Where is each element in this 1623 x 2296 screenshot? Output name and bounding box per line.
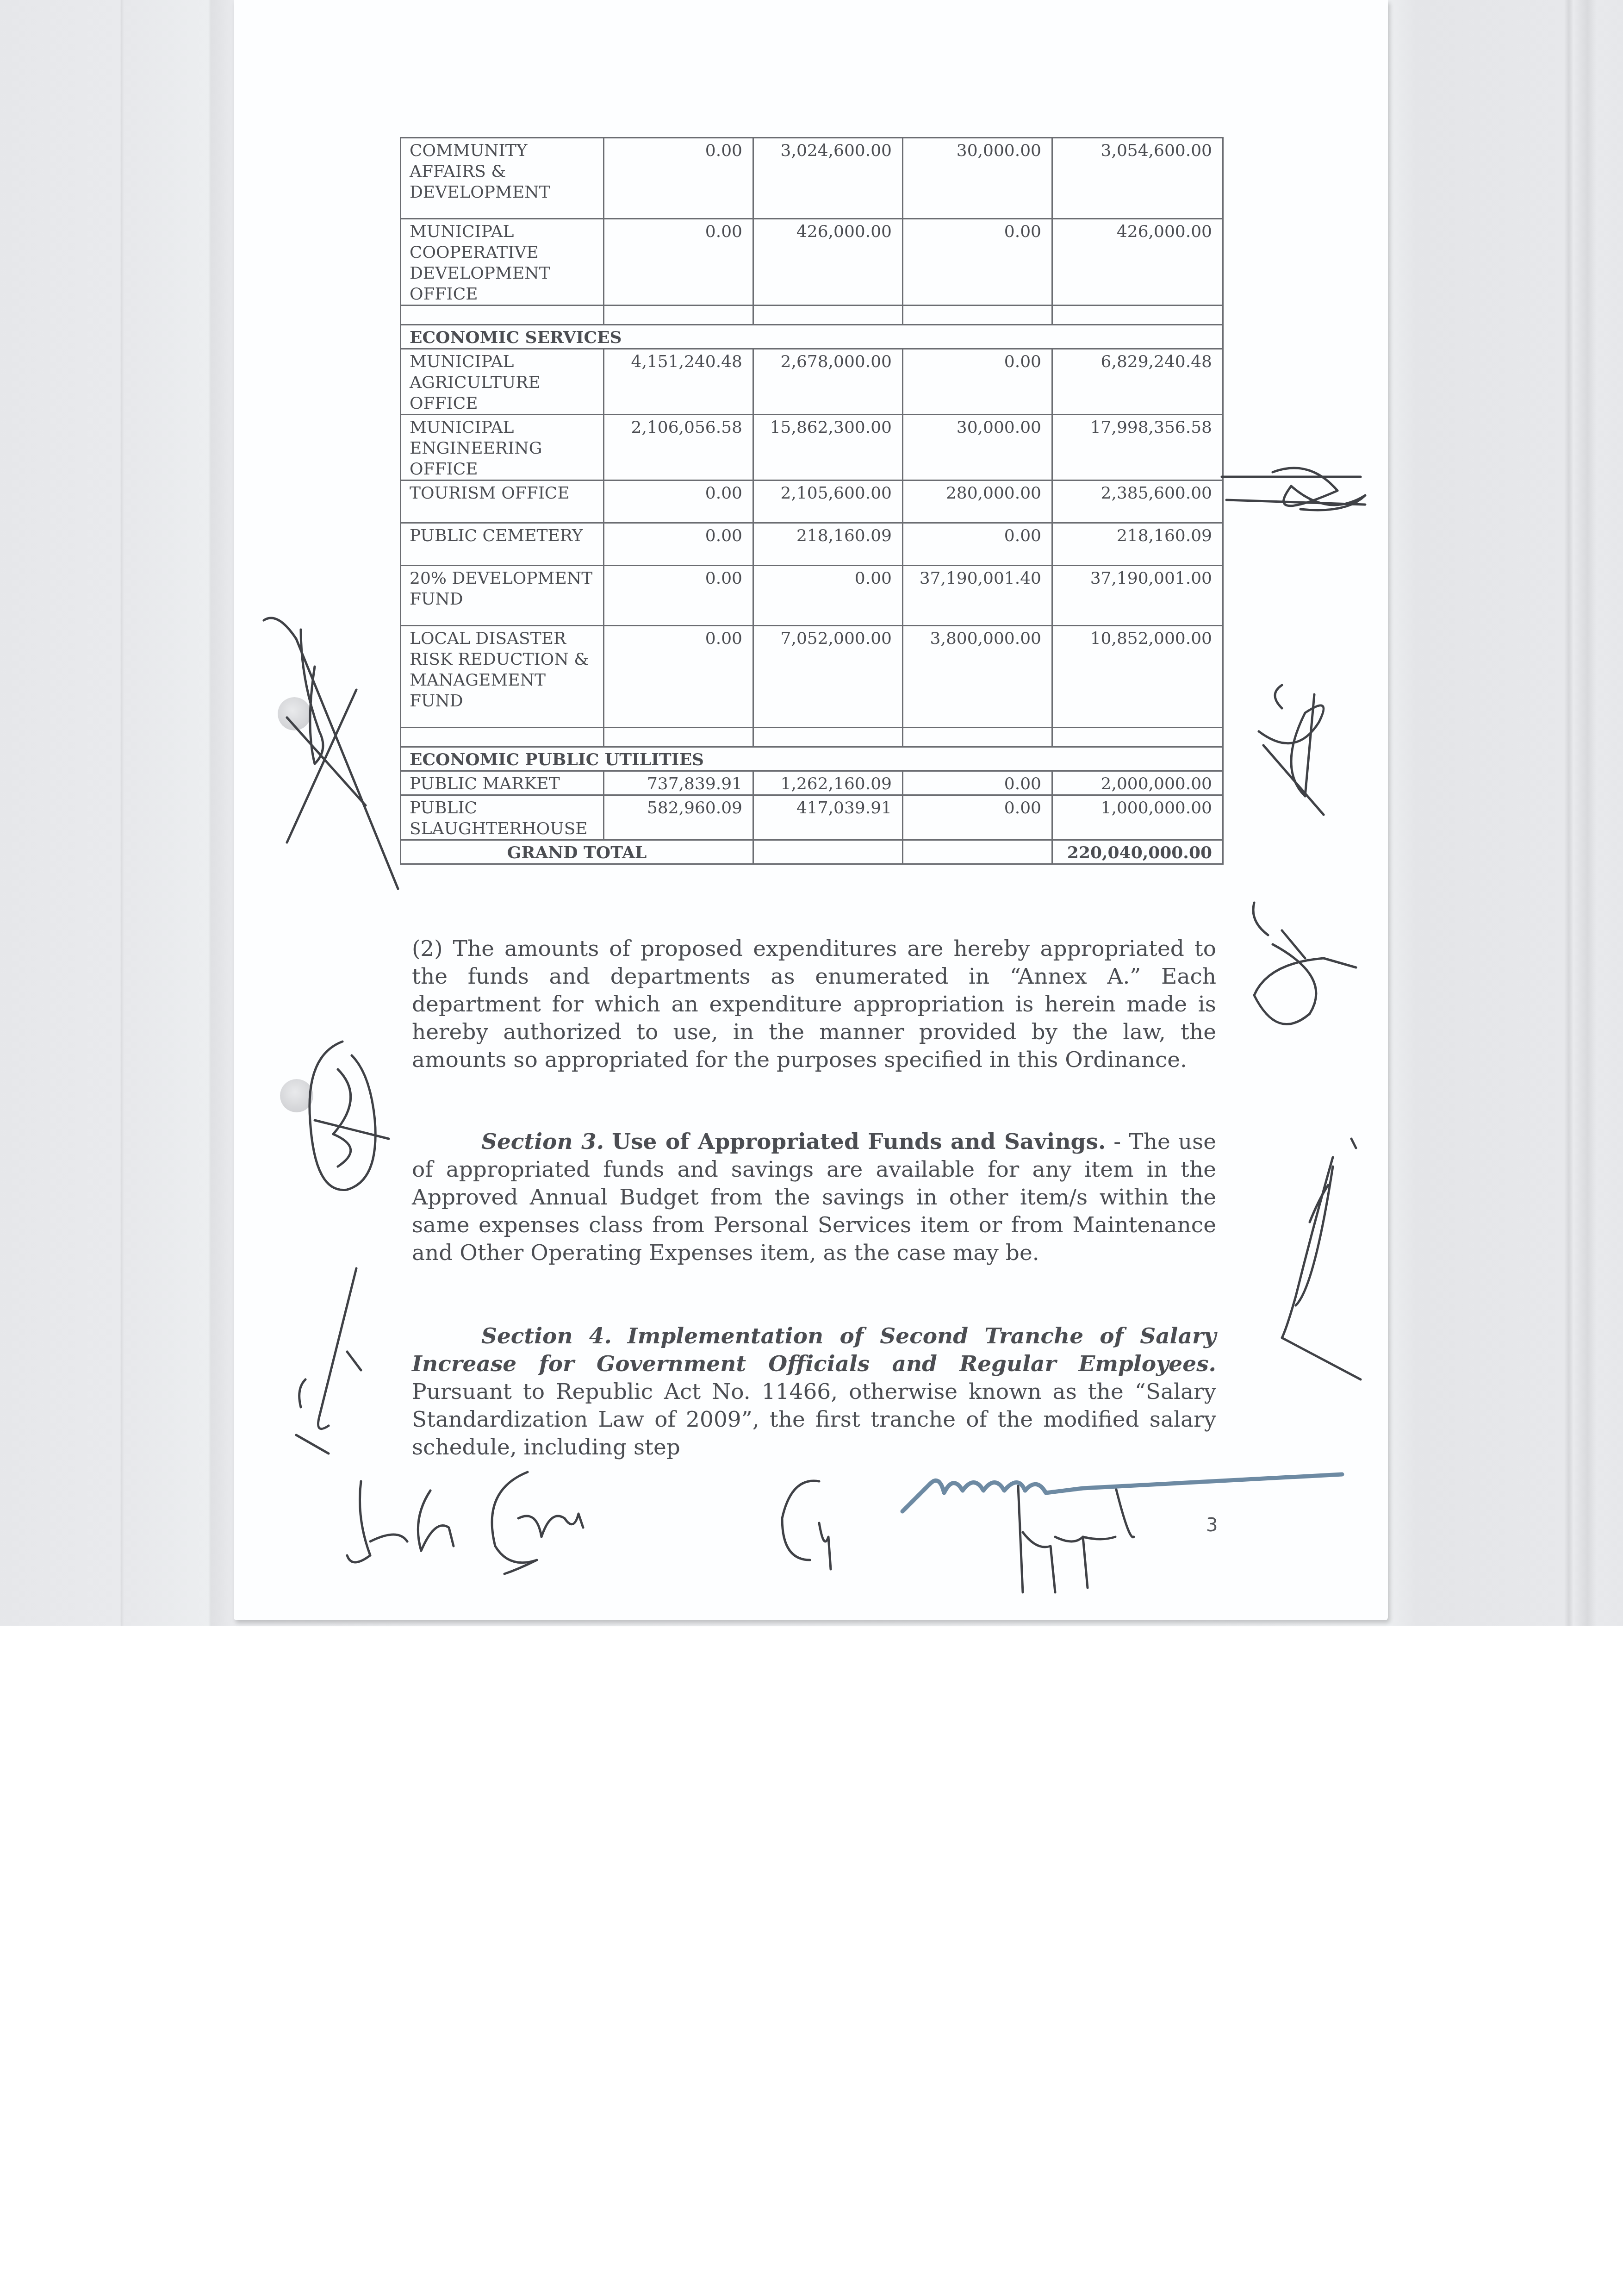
signature-bottom-blue — [898, 1465, 1351, 1521]
budget-table: COMMUNITY AFFAIRS & DEVELOPMENT0.003,024… — [400, 137, 1224, 865]
signature-right-3 — [1240, 893, 1361, 1051]
amount-cell: 582,960.09 — [604, 795, 753, 840]
amount-cell: 280,000.00 — [903, 480, 1052, 523]
empty-cell — [753, 306, 903, 325]
table-total-row: GRAND TOTAL220,040,000.00 — [401, 840, 1223, 864]
amount-cell: 3,054,600.00 — [1052, 138, 1223, 219]
table-row: PUBLIC CEMETERY0.00218,160.090.00218,160… — [401, 523, 1223, 566]
empty-cell — [401, 306, 604, 325]
amount-cell: 417,039.91 — [753, 795, 903, 840]
amount-cell: 0.00 — [604, 138, 753, 219]
amount-cell: 2,385,600.00 — [1052, 480, 1223, 523]
amount-cell: 6,829,240.48 — [1052, 349, 1223, 415]
amount-cell: 37,190,001.00 — [1052, 566, 1223, 626]
amount-cell: 2,678,000.00 — [753, 349, 903, 415]
empty-cell — [401, 728, 604, 747]
amount-cell: 0.00 — [604, 523, 753, 566]
amount-cell: 0.00 — [903, 349, 1052, 415]
empty-cell — [903, 840, 1052, 864]
office-name: MUNICIPAL AGRICULTURE OFFICE — [401, 349, 604, 415]
office-name: LOCAL DISASTER RISK REDUCTION & MANAGEME… — [401, 626, 604, 728]
amount-cell: 2,000,000.00 — [1052, 771, 1223, 795]
amount-cell: 0.00 — [753, 566, 903, 626]
amount-cell: 218,160.09 — [1052, 523, 1223, 566]
table-section-row: ECONOMIC SERVICES — [401, 325, 1223, 349]
amount-cell: 3,024,600.00 — [753, 138, 903, 219]
signature-bottom-2 — [764, 1467, 870, 1574]
table-section-row: ECONOMIC PUBLIC UTILITIES — [401, 747, 1223, 771]
empty-cell — [903, 728, 1052, 747]
paragraph-2-text: (2) The amounts of proposed expenditures… — [412, 936, 1216, 1073]
office-name: MUNICIPAL COOPERATIVE DEVELOPMENT OFFICE — [401, 219, 604, 306]
empty-cell — [1052, 306, 1223, 325]
amount-cell: 0.00 — [604, 626, 753, 728]
amount-cell: 0.00 — [903, 523, 1052, 566]
section-3: Section 3. Use of Appropriated Funds and… — [412, 1128, 1216, 1267]
signature-left-3 — [287, 1259, 370, 1454]
section-heading: ECONOMIC PUBLIC UTILITIES — [401, 747, 1223, 771]
paragraph-2: (2) The amounts of proposed expenditures… — [412, 935, 1216, 1074]
table-row: MUNICIPAL ENGINEERING OFFICE2,106,056.58… — [401, 415, 1223, 480]
amount-cell: 737,839.91 — [604, 771, 753, 795]
table-blank-row — [401, 306, 1223, 325]
signature-right-4 — [1268, 1129, 1370, 1389]
office-name: MUNICIPAL ENGINEERING OFFICE — [401, 415, 604, 480]
signature-right-1 — [1217, 468, 1370, 551]
table-blank-row — [401, 728, 1223, 747]
empty-cell — [604, 306, 753, 325]
table-row: LOCAL DISASTER RISK REDUCTION & MANAGEME… — [401, 626, 1223, 728]
table-row: COMMUNITY AFFAIRS & DEVELOPMENT0.003,024… — [401, 138, 1223, 219]
amount-cell: 2,106,056.58 — [604, 415, 753, 480]
amount-cell: 218,160.09 — [753, 523, 903, 566]
amount-cell: 30,000.00 — [903, 138, 1052, 219]
amount-cell: 2,105,600.00 — [753, 480, 903, 523]
amount-cell: 0.00 — [903, 795, 1052, 840]
empty-cell — [903, 306, 1052, 325]
table-row: TOURISM OFFICE0.002,105,600.00280,000.00… — [401, 480, 1223, 523]
table-row: 20% DEVELOPMENT FUND0.000.0037,190,001.4… — [401, 566, 1223, 626]
amount-cell: 426,000.00 — [753, 219, 903, 306]
section-3-label: Section 3. — [481, 1129, 604, 1154]
amount-cell: 0.00 — [903, 771, 1052, 795]
office-name: COMMUNITY AFFAIRS & DEVELOPMENT — [401, 138, 604, 219]
amount-cell: 1,000,000.00 — [1052, 795, 1223, 840]
amount-cell: 15,862,300.00 — [753, 415, 903, 480]
amount-cell: 30,000.00 — [903, 415, 1052, 480]
amount-cell: 0.00 — [903, 219, 1052, 306]
section-4: Section 4. Implementation of Second Tran… — [412, 1323, 1216, 1461]
table-row: MUNICIPAL COOPERATIVE DEVELOPMENT OFFICE… — [401, 219, 1223, 306]
amount-cell: 7,052,000.00 — [753, 626, 903, 728]
table-row: PUBLIC SLAUGHTERHOUSE582,960.09417,039.9… — [401, 795, 1223, 840]
signature-right-2 — [1250, 676, 1342, 829]
signature-left-2 — [296, 1028, 389, 1222]
grand-total-label: GRAND TOTAL — [401, 840, 753, 864]
amount-cell: 0.00 — [604, 566, 753, 626]
table-row: MUNICIPAL AGRICULTURE OFFICE4,151,240.48… — [401, 349, 1223, 415]
grand-total-value: 220,040,000.00 — [1052, 840, 1223, 864]
office-name: PUBLIC CEMETERY — [401, 523, 604, 566]
signature-bottom-de-guzman — [342, 1463, 657, 1574]
amount-cell: 426,000.00 — [1052, 219, 1223, 306]
office-name: TOURISM OFFICE — [401, 480, 604, 523]
signature-left-1 — [259, 611, 407, 898]
table-row: PUBLIC MARKET737,839.911,262,160.090.002… — [401, 771, 1223, 795]
amount-cell: 1,262,160.09 — [753, 771, 903, 795]
office-name: 20% DEVELOPMENT FUND — [401, 566, 604, 626]
section-3-title: Use of Appropriated Funds and Savings. — [612, 1129, 1106, 1154]
empty-cell — [604, 728, 753, 747]
office-name: PUBLIC MARKET — [401, 771, 604, 795]
section-4-body: Pursuant to Republic Act No. 11466, othe… — [412, 1379, 1216, 1460]
empty-cell — [753, 728, 903, 747]
amount-cell: 0.00 — [604, 219, 753, 306]
section-heading: ECONOMIC SERVICES — [401, 325, 1223, 349]
amount-cell: 10,852,000.00 — [1052, 626, 1223, 728]
office-name: PUBLIC SLAUGHTERHOUSE — [401, 795, 604, 840]
amount-cell: 37,190,001.40 — [903, 566, 1052, 626]
section-4-label: Section 4. — [481, 1323, 612, 1349]
amount-cell: 3,800,000.00 — [903, 626, 1052, 728]
empty-cell — [1052, 728, 1223, 747]
amount-cell: 0.00 — [604, 480, 753, 523]
amount-cell: 17,998,356.58 — [1052, 415, 1223, 480]
amount-cell: 4,151,240.48 — [604, 349, 753, 415]
empty-cell — [753, 840, 903, 864]
